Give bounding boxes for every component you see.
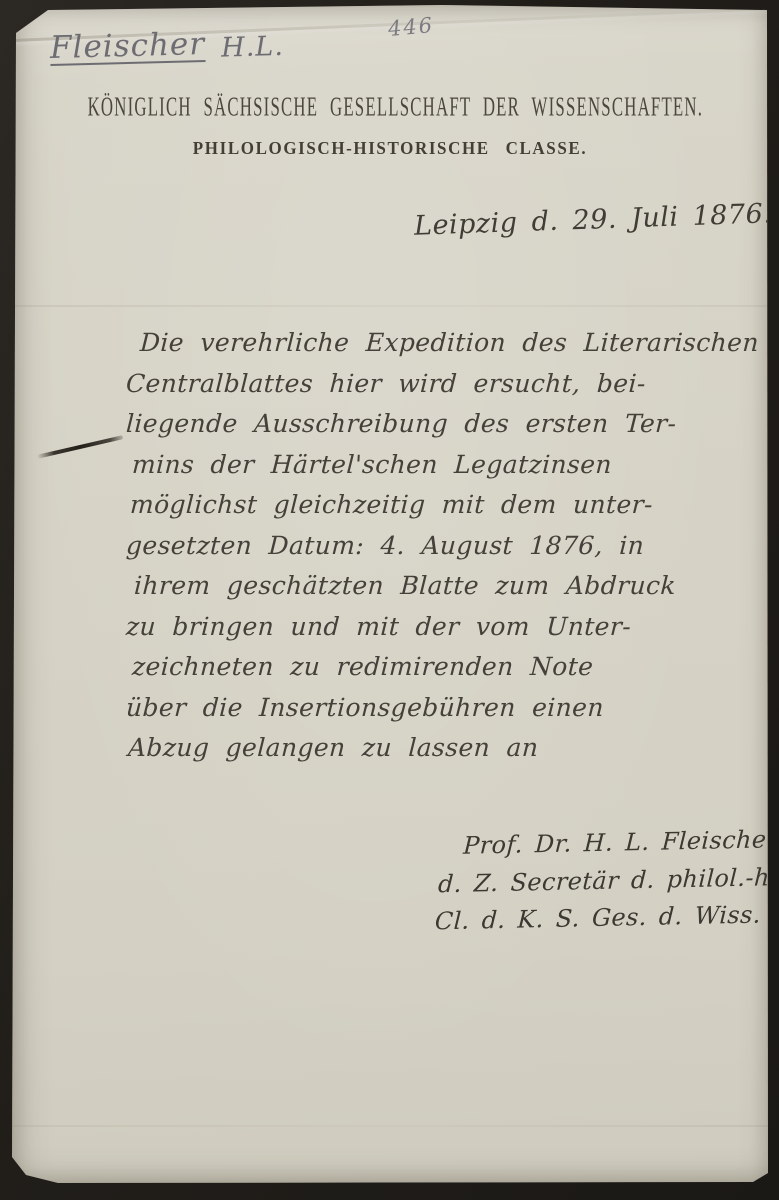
letterhead-organization: KÖNIGLICH SÄCHSISCHE GESELLSCHAFT DER WI… bbox=[88, 91, 693, 124]
paper-fold-line-lower bbox=[12, 1125, 768, 1127]
handwritten-line: Die verehrliche Expedition des Literaris… bbox=[125, 323, 727, 364]
letterhead-department: PHILOLOGISCH-HISTORISCHE CLASSE. bbox=[12, 138, 768, 160]
pencil-owner-name: Fleischer bbox=[50, 26, 206, 66]
handwritten-line: ihrem geschätzten Blatte zum Abdruck bbox=[125, 566, 727, 607]
pencil-owner-annotation: FleischerH.L. bbox=[50, 24, 285, 66]
handwritten-dateline: Leipzig d. 29. Juli 1876. bbox=[414, 199, 745, 241]
paper-fold-line-upper bbox=[12, 305, 768, 307]
signature-block: Prof. Dr. H. L. Fleischer, d. Z. Secretä… bbox=[433, 822, 755, 941]
handwritten-line: zu bringen und mit der vom Unter- bbox=[125, 607, 727, 648]
handwritten-line: gesetzten Datum: 4. August 1876, in bbox=[125, 526, 727, 567]
pencil-owner-initials: H.L. bbox=[221, 31, 284, 64]
handwritten-line: über die Insertionsgebühren einen bbox=[125, 688, 727, 729]
handwritten-line: mins der Härtel'schen Legatzinsen bbox=[125, 445, 727, 486]
letter-page: FleischerH.L. 446 KÖNIGLICH SÄCHSISCHE G… bbox=[12, 5, 768, 1183]
signature-org-line: Cl. d. K. S. Ges. d. Wiss. bbox=[434, 897, 756, 941]
handwritten-line: Abzug gelangen zu lassen an bbox=[125, 728, 727, 769]
scanned-letter: FleischerH.L. 446 KÖNIGLICH SÄCHSISCHE G… bbox=[0, 0, 779, 1200]
handwritten-line: liegende Ausschreibung des ersten Ter- bbox=[125, 404, 727, 445]
handwritten-line: zeichneten zu redimirenden Note bbox=[125, 647, 727, 688]
handwritten-line: möglichst gleichzeitig mit dem unter- bbox=[125, 485, 727, 526]
margin-ink-stroke bbox=[37, 435, 124, 459]
letter-body: Die verehrliche Expedition des Literaris… bbox=[126, 323, 726, 769]
signature-name-line: Prof. Dr. H. L. Fleischer, bbox=[432, 822, 754, 866]
pencil-archive-number: 446 bbox=[387, 13, 435, 41]
handwritten-line: Centralblattes hier wird ersucht, bei- bbox=[125, 364, 727, 405]
